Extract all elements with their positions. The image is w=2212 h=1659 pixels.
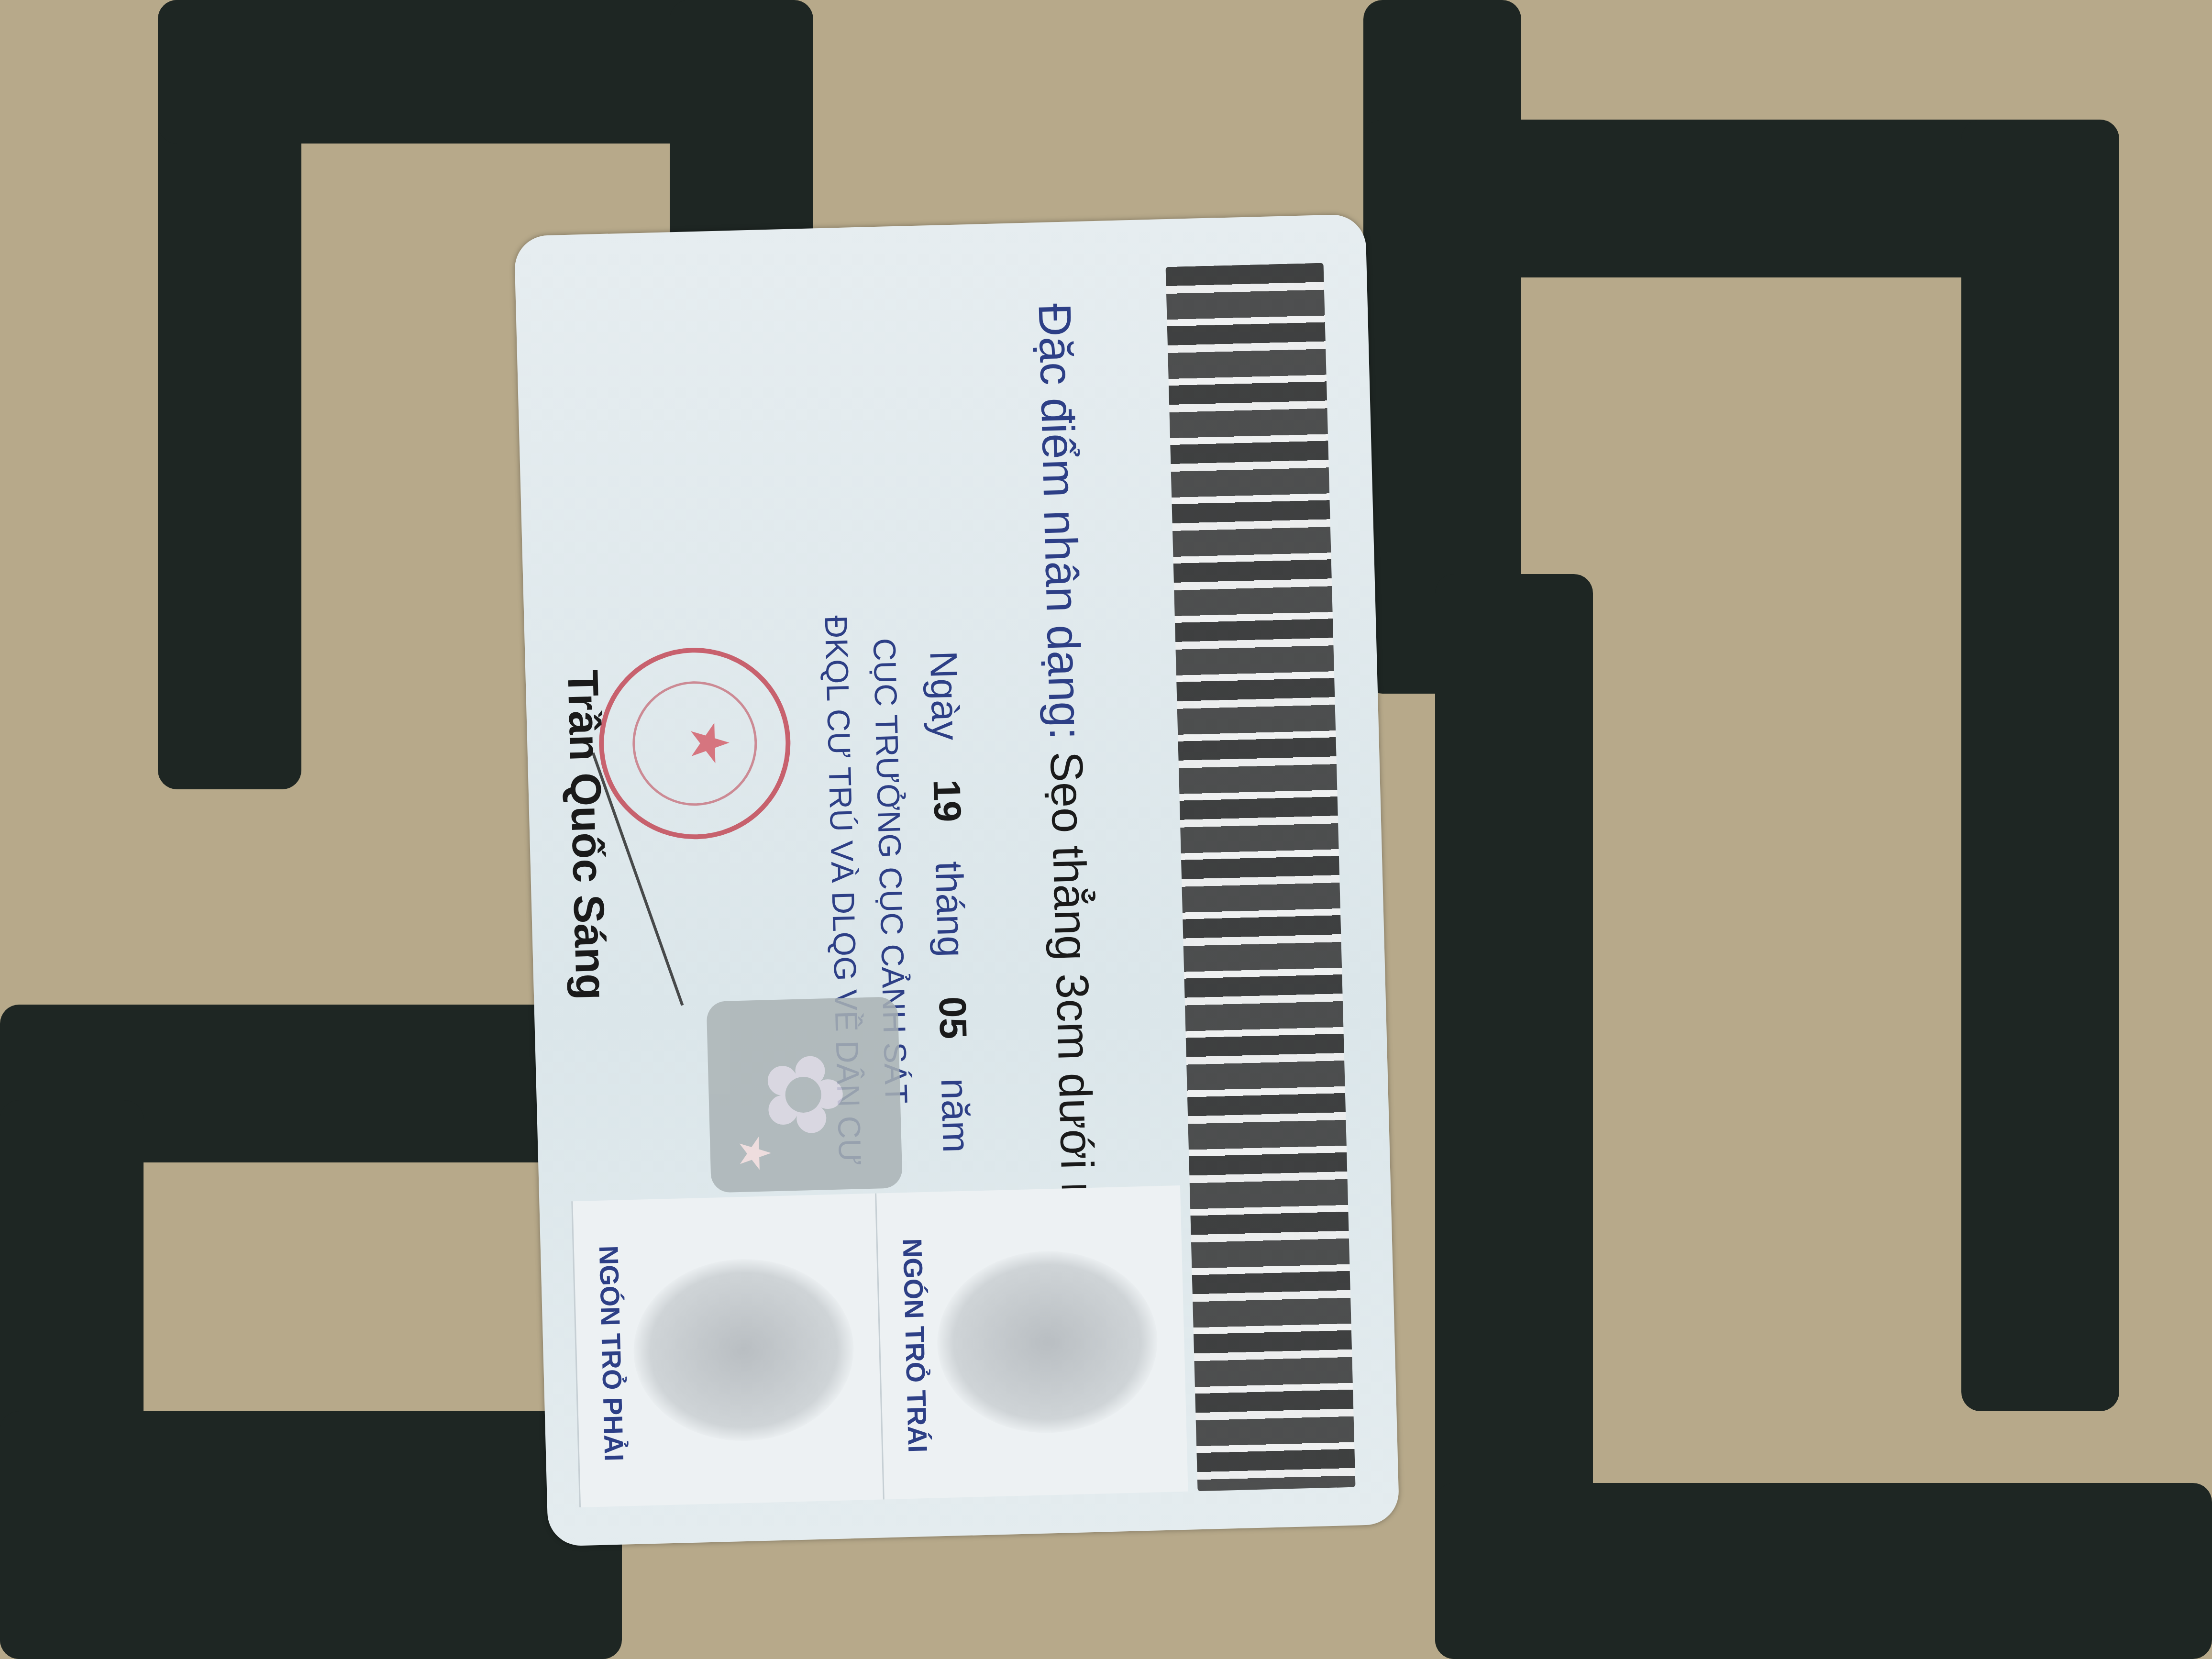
month-label: tháng [928,861,973,957]
barcode-placeholder-icon [1166,263,1356,1491]
carpet-pattern [1961,120,2119,1411]
fingerprint-placeholder-icon [631,1256,856,1444]
star-icon: ★ [729,1133,780,1173]
fingerprint-left-index: NGÓN TRỎ TRÁI [875,1185,1188,1499]
lotus-star-hologram-icon: ✿ ★ [706,996,902,1193]
carpet-pattern [1435,1483,2212,1659]
carpet-pattern [158,0,732,144]
fingerprint-right-index: NGÓN TRỎ PHẢI [571,1194,885,1507]
day-value: 19 [925,779,969,822]
signer-name: Trần Quốc Sáng [557,669,615,1001]
fingerprint-label: NGÓN TRỎ TRÁI [896,1192,935,1499]
year-label: năm [933,1078,978,1153]
id-card-container: Đặc điểm nhân dạng:Sẹo thẳng 3cm dưới mắ… [531,225,1382,1536]
day-label: Ngày [922,650,967,741]
id-card-back: Đặc điểm nhân dạng:Sẹo thẳng 3cm dưới mắ… [514,214,1399,1547]
carpet-pattern [1363,120,2057,277]
month-value: 05 [931,996,974,1040]
fingerprint-placeholder-icon [935,1248,1160,1436]
fingerprint-panel: NGÓN TRỎ TRÁI NGÓN TRỎ PHẢI [573,1185,1188,1507]
fingerprint-label: NGÓN TRỎ PHẢI [592,1200,631,1506]
carpet-pattern [0,1411,622,1659]
feature-label: Đặc điểm nhân dạng: [1029,303,1092,741]
